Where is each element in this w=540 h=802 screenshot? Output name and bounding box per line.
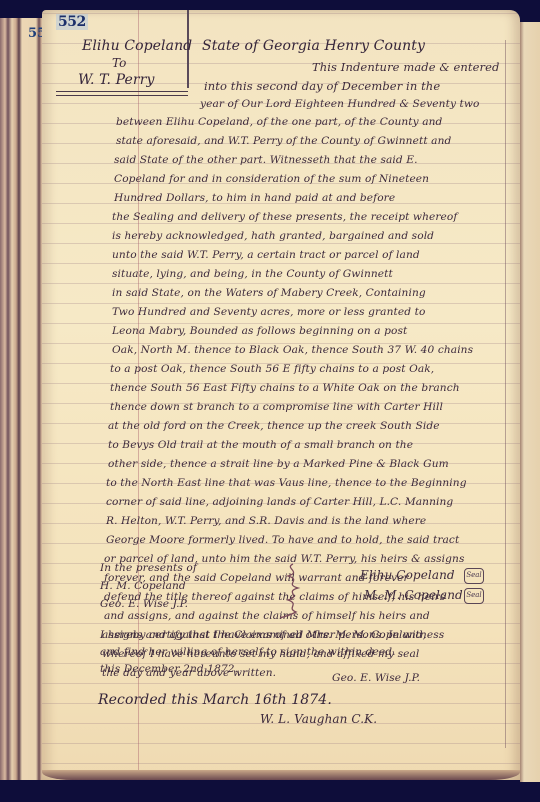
body-line: assigns and against the Claims of all ot… [102,629,444,641]
body-line: or parcel of land, unto him the said W.T… [104,553,465,565]
body-line: defend the title thereof against the cla… [104,591,445,603]
body-line: to a post Oak, thence South 56 E fifty c… [110,363,434,375]
deed-heading: State of Georgia Henry County [202,38,425,54]
body-line: at the old ford on the Creek, thence up … [108,420,440,432]
body-line: in said State, on the Waters of Mabery C… [112,287,426,299]
body-line: thence down st branch to a compromise li… [110,401,443,413]
body-line: said State of the other part. Witnesseth… [114,154,418,166]
body-line: other side, thence a strait line by a Ma… [108,458,449,470]
page-bottom-edge [42,770,520,780]
body-line: unto the said W.T. Perry, a certain trac… [112,249,420,261]
body-line: Oak, North M. thence to Black Oak, thenc… [112,344,473,356]
body-line: R. Helton, W.T. Perry, and S.R. Davis an… [106,515,426,527]
body-line: Hundred Dollars, to him in hand paid at … [114,192,395,204]
body-line: into this second day of December in the [204,79,440,93]
body-line: to Bevys Old trail at the mouth of a sma… [108,439,413,451]
ledger-page: 552 Elihu Copeland To W. T. Perry State … [42,10,520,780]
body-line: year of Our Lord Eighteen Hundred & Seve… [200,98,480,110]
body-line: the day and year above written. [102,667,276,679]
body-line: forever, and the said Copeland will warr… [104,572,409,584]
body-line: This Indenture made & entered [312,60,500,74]
body-line: the Sealing and delivery of these presen… [112,211,457,223]
body-line: corner of said line, adjoining lands of … [106,496,453,508]
body-line: between Elihu Copeland, of the one part,… [116,116,442,128]
body-line: state aforesaid, and W.T. Perry of the C… [116,135,451,147]
page-number: 552 [56,14,88,30]
body-line: thence South 56 East Fifty chains to a W… [110,382,460,394]
margin-grantor: Elihu Copeland [82,38,192,54]
margin-double-rule [56,91,188,96]
margin-to: To [112,56,127,70]
ledger-page-stack-edge [0,18,44,780]
body-line: whereof I have hereunto set my hand, and… [102,648,419,660]
body-line: Leona Mabry, Bounded as follows beginnin… [112,325,407,337]
body-line: Two Hundred and Seventy acres, more or l… [112,306,425,318]
body-line: is hereby acknowledged, hath granted, ba… [112,230,434,242]
facing-page-edge [520,22,540,782]
body-line: and assigns, and against the claims of h… [104,610,430,622]
right-margin-rule [505,40,506,748]
body-line: situate, lying, and being, in the County… [112,268,393,280]
body-line: Copeland for and in consideration of the… [114,173,429,185]
body-line: to the North East line that was Vaus lin… [106,477,467,489]
body-line: George Moore formerly lived. To have and… [106,534,459,546]
margin-grantee: W. T. Perry [78,72,155,88]
